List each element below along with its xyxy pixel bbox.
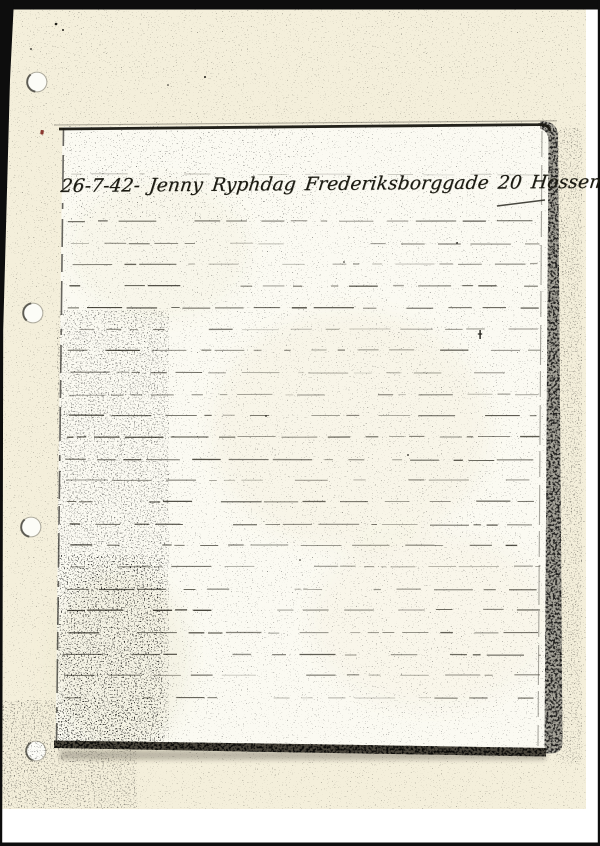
frame-top [0, 0, 600, 10]
handwritten-entry: 26-7-42- Jenny Ryphdag Frederiksborggade… [60, 172, 563, 197]
frame-bottom [0, 843, 600, 846]
scanned-document-image: 26-7-42- Jenny Ryphdag Frederiksborggade… [0, 0, 600, 846]
scan-artwork [0, 0, 600, 846]
red-mark [40, 130, 44, 135]
